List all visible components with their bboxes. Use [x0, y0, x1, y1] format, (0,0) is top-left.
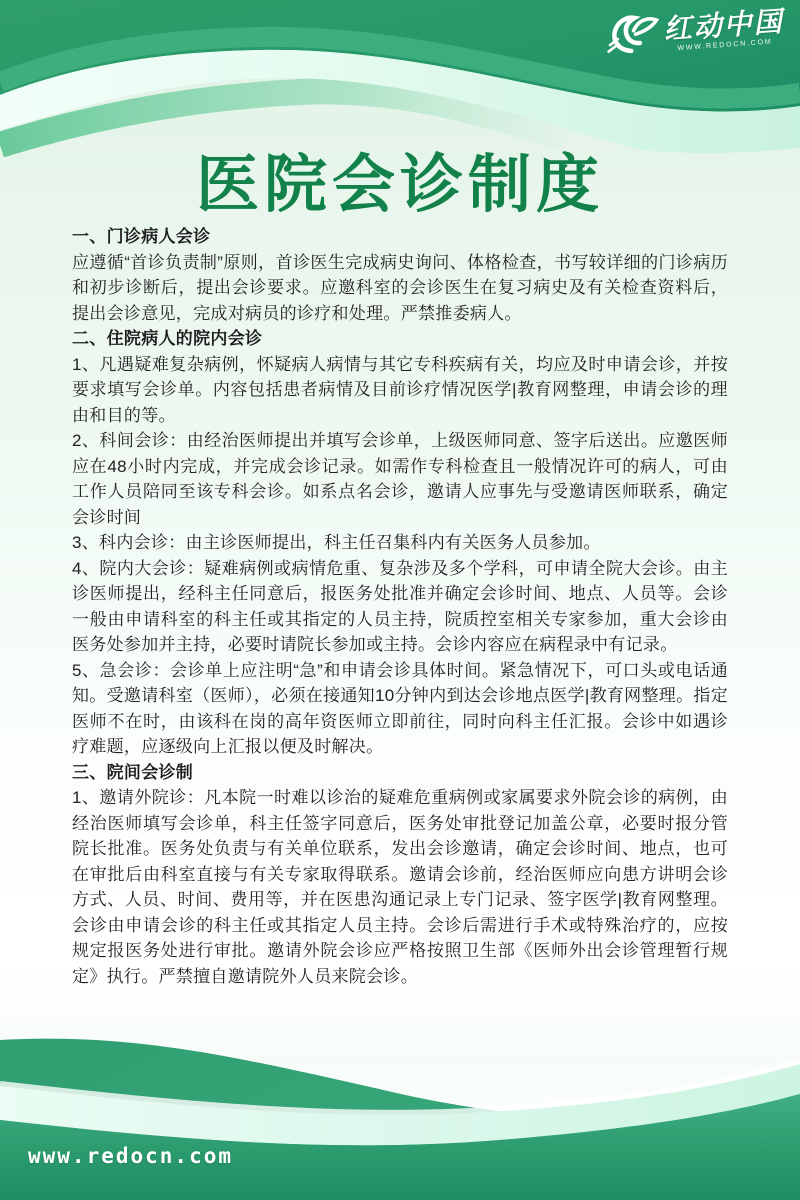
footer-url: www.redocn.com: [28, 1144, 233, 1168]
section-paragraph: 4、院内大会诊：疑难病例或病情危重、复杂涉及多个学科，可申请全院大会诊。由主诊医…: [72, 556, 728, 658]
policy-text: 一、门诊病人会诊 应遵循“首诊负责制”原则，首诊医生完成病史询问、体格检查，书写…: [72, 224, 728, 989]
section-paragraph: 3、科内会诊：由主诊医师提出，科主任召集科内有关医务人员参加。: [72, 530, 728, 556]
section-paragraph: 1、凡遇疑难复杂病例，怀疑病人病情与其它专科疾病有关，均应及时申请会诊，并按要求…: [72, 352, 728, 429]
leaf-swirl-icon: [601, 8, 662, 64]
poster-page: 红动中国 WWW.REDOCN.COM 医院会诊制度 一、门诊病人会诊 应遵循“…: [0, 0, 800, 1200]
page-title: 医院会诊制度: [0, 134, 800, 225]
section-paragraph: 1、邀请外院诊：凡本院一时难以诊治的疑难危重病例或家属要求外院会诊的病例，由经治…: [72, 785, 728, 989]
section-heading: 三、院间会诊制: [72, 760, 728, 786]
bottom-wave-decoration: [0, 1000, 800, 1200]
section-heading: 一、门诊病人会诊: [72, 224, 728, 250]
section-paragraph: 2、科间会诊：由经治医师提出并填写会诊单，上级医师同意、签字后送出。应邀医师应在…: [72, 428, 728, 530]
section-paragraph: 应遵循“首诊负责制”原则，首诊医生完成病史询问、体格检查，书写较详细的门诊病历和…: [72, 250, 728, 327]
logo-text: 红动中国 WWW.REDOCN.COM: [663, 7, 785, 52]
section-paragraph: 5、急会诊：会诊单上应注明“急”和申请会诊具体时间。紧急情况下，可口头或电话通知…: [72, 658, 728, 760]
section-heading: 二、住院病人的院内会诊: [72, 326, 728, 352]
